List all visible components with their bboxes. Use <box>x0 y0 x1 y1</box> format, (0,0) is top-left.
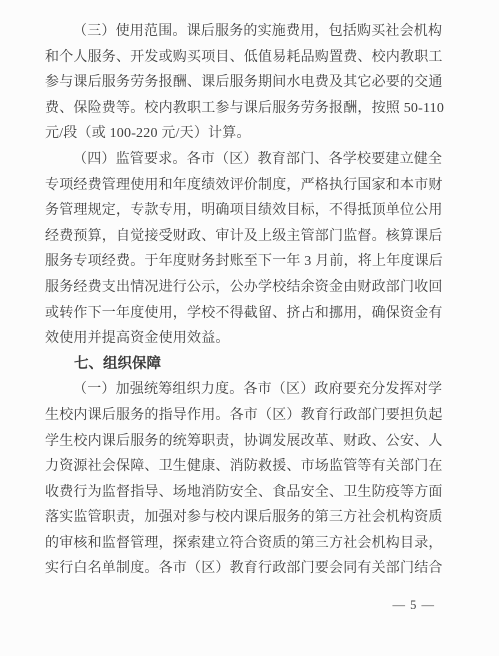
paragraph-line: （三）使用范围。课后服务的实施费用，包括购买社会机构 <box>45 19 439 45</box>
paragraph-line: 参与课后服务劳务报酬、课后服务期间水电费及其它必要的交通 <box>45 70 439 96</box>
paragraph-line: 实行白名单制度。各市（区）教育行政部门要会同有关部门结合 <box>45 556 439 582</box>
document-page: （三）使用范围。课后服务的实施费用，包括购买社会机构 和个人服务、开发或购买项目… <box>0 0 499 656</box>
paragraph-line: 费、保险费等。校内教职工参与课后服务劳务报酬，按照 50-110 <box>45 96 439 122</box>
paragraph-line: 的审核和监督管理，探索建立符合资质的第三方社会机构目录， <box>45 531 439 557</box>
paragraph-line: 元/段（或 100-220 元/天）计算。 <box>45 121 439 147</box>
paragraph-strengthen-coordination: （一）加强统筹组织力度。各市（区）政府要充分发挥对学 生校内课后服务的指导作用。… <box>45 377 439 582</box>
paragraph-line: 专项经费管理使用和年度绩效评价制度，严格执行国家和本市财 <box>45 173 439 199</box>
document-body: （三）使用范围。课后服务的实施费用，包括购买社会机构 和个人服务、开发或购买项目… <box>45 19 439 582</box>
paragraph-line: 学生校内课后服务的统筹职责，协调发展改革、财政、公安、人 <box>45 429 439 455</box>
paragraph-line: （一）加强统筹组织力度。各市（区）政府要充分发挥对学 <box>45 377 439 403</box>
paragraph-line: 服务专项经费。于年度财务封账至下一年 3 月前，将上年度课后 <box>45 249 439 275</box>
paragraph-line: 和个人服务、开发或购买项目、低值易耗品购置费、校内教职工 <box>45 45 439 71</box>
paragraph-line: 收费行为监督指导、场地消防安全、食品安全、卫生防疫等方面 <box>45 480 439 506</box>
paragraph-line: 力资源社会保障、卫生健康、消防救援、市场监管等有关部门在 <box>45 454 439 480</box>
paragraph-line: 落实监管职责，加强对参与校内课后服务的第三方社会机构资质 <box>45 505 439 531</box>
section-heading-organization-support: 七、组织保障 <box>45 352 439 378</box>
paragraph-line: 效使用并提高资金使用效益。 <box>45 326 439 352</box>
paragraph-line: 务管理规定，专款专用，明确项目绩效目标，不得抵顶单位公用 <box>45 198 439 224</box>
paragraph-line: 或转作下一年度使用，学校不得截留、挤占和挪用，确保资金有 <box>45 301 439 327</box>
paragraph-use-scope: （三）使用范围。课后服务的实施费用，包括购买社会机构 和个人服务、开发或购买项目… <box>45 19 439 147</box>
paragraph-line: 服务经费支出情况进行公示，公办学校结余资金由财政部门收回 <box>45 275 439 301</box>
paragraph-line: （四）监管要求。各市（区）教育部门、各学校要建立健全 <box>45 147 439 173</box>
paragraph-line: 生校内课后服务的指导作用。各市（区）教育行政部门要担负起 <box>45 403 439 429</box>
page-number: — 5 — <box>393 597 436 613</box>
paragraph-line: 经费预算，自觉接受财政、审计及上级主管部门监督。核算课后 <box>45 224 439 250</box>
paragraph-supervision-requirements: （四）监管要求。各市（区）教育部门、各学校要建立健全 专项经费管理使用和年度绩效… <box>45 147 439 352</box>
